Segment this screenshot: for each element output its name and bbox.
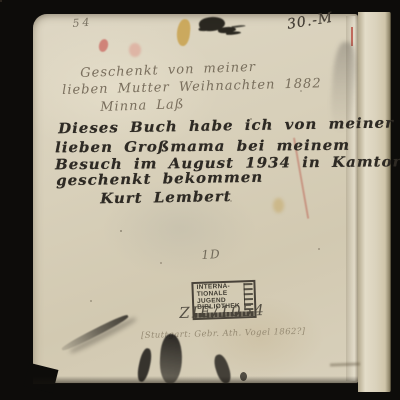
- page-bottom-shadow: [33, 376, 358, 384]
- pencil-inscription-signature: Minna Laß: [100, 97, 185, 115]
- yellow-stain: [273, 198, 284, 213]
- page-number-pencil: 54: [72, 16, 93, 30]
- pink-smudge: [129, 43, 141, 57]
- shelfmark: ZIE/1054: [179, 301, 266, 322]
- adjacent-page-edge: [358, 12, 391, 392]
- ink-inscription-line: geschenkt bekommen: [56, 168, 263, 189]
- foxing-speckles: [0, 0, 2, 2]
- accession-mark: 1D: [201, 247, 221, 262]
- scan-background: { "colors": { "background": "#0d0c0a", "…: [0, 0, 400, 400]
- ink-inscription-signature: Kurt Lembert: [100, 188, 232, 207]
